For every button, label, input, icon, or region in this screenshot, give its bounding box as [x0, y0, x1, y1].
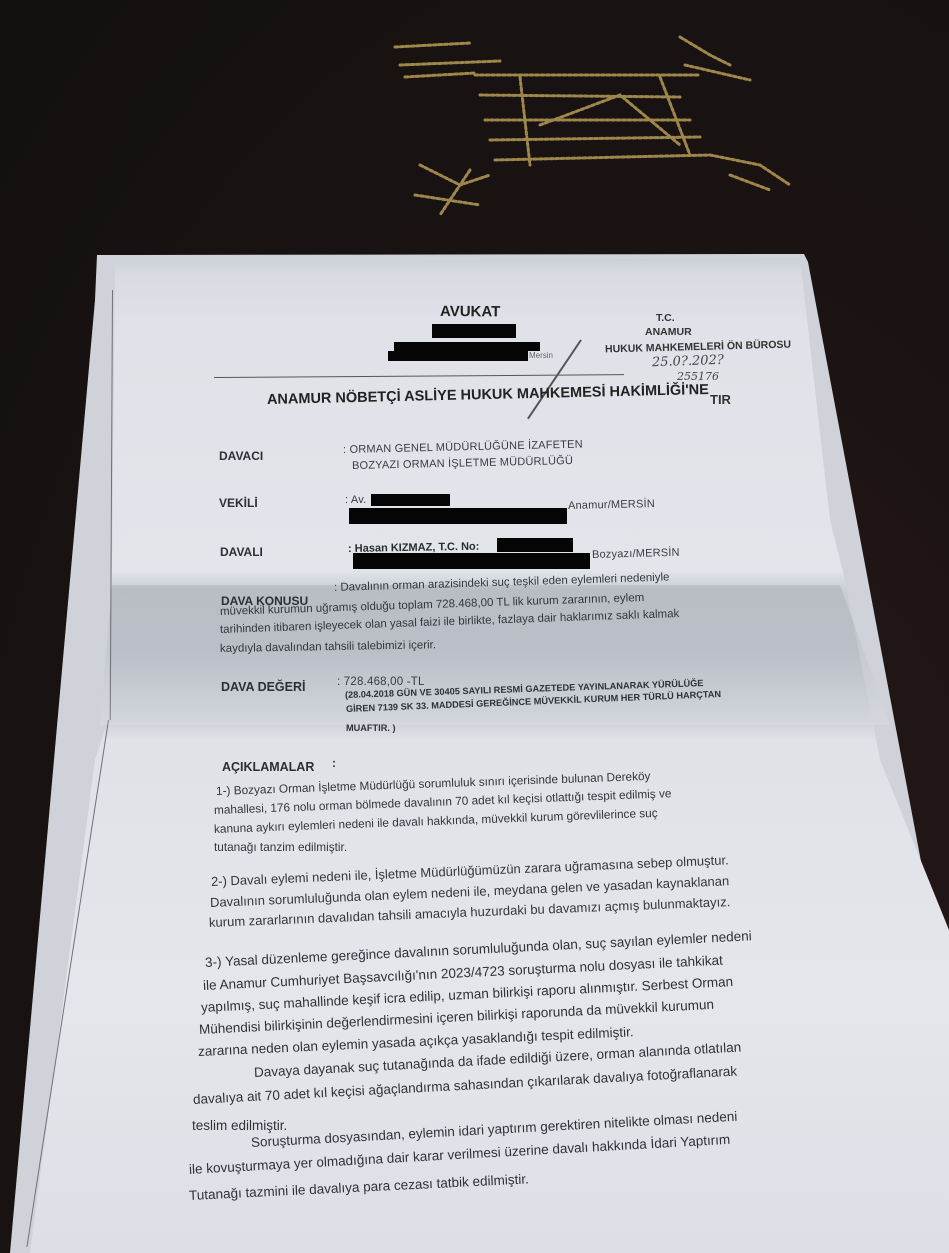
dava-degeri-note-line3: MUAFTIR. ) — [346, 723, 396, 733]
header-divider — [214, 374, 624, 378]
petition-document: AVUKAT Mersin T.C. ANAMUR HUKUK MAHKEMEL… — [0, 0, 949, 1253]
davali-label: DAVALI — [220, 545, 263, 559]
redacted-defendant-address — [353, 553, 590, 569]
dava-konusu-line1: : Davalının orman arazisindeki suç teşki… — [334, 571, 670, 594]
vekili-line1: : Av. — [345, 494, 366, 506]
vekili-city: Anamur/MERSİN — [568, 498, 655, 512]
paragraph-5-line3: Tutanağı tazmini ile davalıya para cezas… — [189, 1171, 529, 1203]
dava-degeri-amount: : 728.468,00 -TL — [337, 676, 425, 688]
davaci-line1: : ORMAN GENEL MÜDÜRLÜĞÜNE İZAFETEN — [343, 439, 583, 456]
redacted-address-line1 — [394, 342, 540, 351]
redacted-address-line2 — [388, 351, 528, 361]
aciklamalar-label: AÇIKLAMALAR — [222, 760, 314, 774]
dava-degeri-label: DAVA DEĞERİ — [221, 680, 306, 694]
redacted-tc-number — [497, 538, 573, 552]
stamp-number-handwritten: 255176 — [677, 370, 719, 383]
court-addressee: ANAMUR NÖBETÇİ ASLİYE HUKUK MAHKEMESİ HA… — [267, 382, 709, 408]
vekili-label: VEKİLİ — [219, 496, 258, 510]
header-address-suffix: Mersin — [529, 351, 553, 360]
aciklamalar-colon: : — [332, 756, 336, 770]
dava-konusu-line4: kaydıyla davalından tahsili talebimizi i… — [220, 639, 436, 655]
header-title: AVUKAT — [440, 303, 500, 320]
redacted-lawyer-name — [371, 494, 450, 506]
paragraph-4-line3: teslim edilmiştir. — [192, 1118, 287, 1133]
redacted-lawyer-address — [349, 508, 567, 524]
davaci-line2: BOZYAZI ORMAN İŞLETME MÜDÜRLÜĞÜ — [352, 455, 573, 472]
paragraph-1-line4: tutanağı tanzim edilmiştir. — [214, 840, 347, 854]
stamp-mark: TIR — [710, 392, 731, 407]
stamp-date-handwritten: 25.0?.202? — [652, 353, 724, 370]
davali-city: Bozyazı/MERSİN — [592, 547, 680, 561]
davaci-label: DAVACI — [219, 449, 263, 463]
redacted-name — [432, 324, 516, 338]
